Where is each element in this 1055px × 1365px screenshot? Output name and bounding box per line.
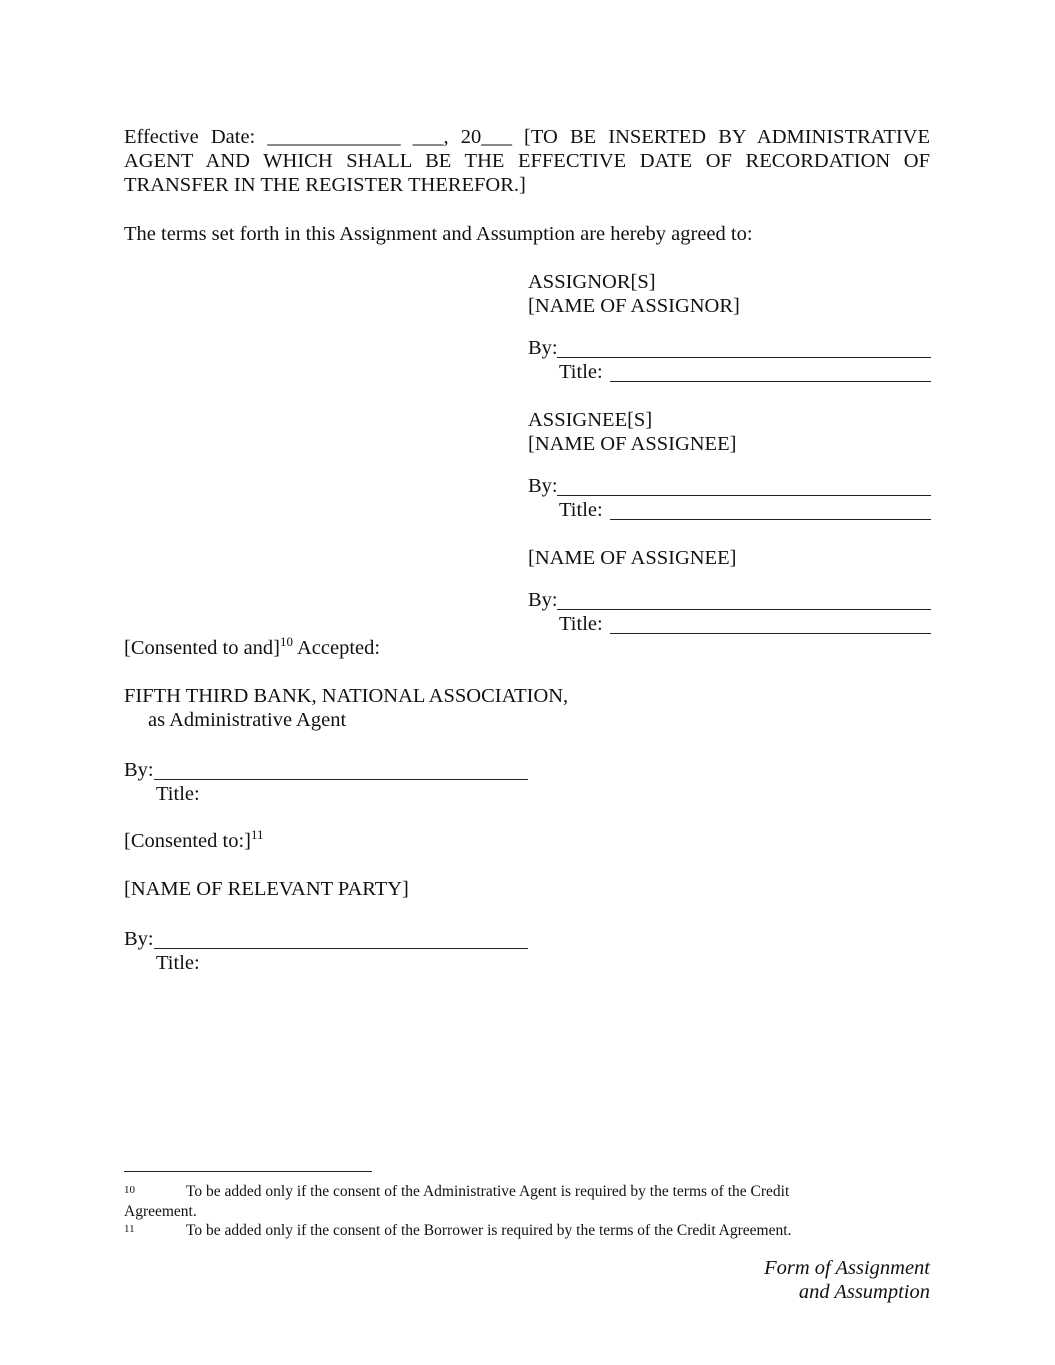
assignee-title-line[interactable]	[610, 519, 931, 520]
effective-date-line-1: Effective Date: _____________ ___, 20___…	[124, 125, 930, 149]
admin-agent-title-label: Title:	[156, 782, 200, 806]
relevant-party-consent-prefix: [Consented to:]	[124, 830, 251, 852]
admin-agent-by-label: By:	[124, 758, 154, 782]
page-footer-line-1: Form of Assignment	[764, 1256, 930, 1280]
assignee-by-label: By:	[528, 474, 558, 498]
admin-agent-signature-line[interactable]	[154, 779, 528, 780]
assignor-heading: ASSIGNOR[S]	[528, 270, 656, 294]
assignor-name: [NAME OF ASSIGNOR]	[528, 294, 740, 318]
page-footer: Form of Assignment and Assumption	[764, 1256, 930, 1304]
relevant-party-title-label: Title:	[156, 951, 200, 975]
assignee2-name: [NAME OF ASSIGNEE]	[528, 546, 736, 570]
admin-agent-consent-suffix: Accepted:	[293, 637, 380, 659]
relevant-party-consent: [Consented to:]11	[124, 829, 264, 853]
effective-date-paragraph: Effective Date: _____________ ___, 20___…	[124, 125, 930, 197]
assignor-by-label: By:	[528, 336, 558, 360]
footnote-11-text: To be added only if the consent of the B…	[186, 1221, 791, 1241]
page-footer-line-2: and Assumption	[764, 1280, 930, 1304]
assignee-title-label: Title:	[559, 498, 603, 522]
footnote-10-number: 10	[124, 1184, 135, 1196]
effective-date-line-2: AGENT AND WHICH SHALL BE THE EFFECTIVE D…	[124, 149, 930, 173]
relevant-party-by-label: By:	[124, 927, 154, 951]
agreement-statement: The terms set forth in this Assignment a…	[124, 222, 753, 246]
footnote-10-text-line-1: To be added only if the consent of the A…	[186, 1182, 789, 1202]
footnote-ref-11[interactable]: 11	[251, 827, 264, 842]
assignor-title-line[interactable]	[610, 381, 931, 382]
assignee-signature-line[interactable]	[557, 495, 931, 496]
relevant-party-signature-line[interactable]	[154, 948, 528, 949]
assignee2-signature-line[interactable]	[557, 609, 931, 610]
admin-agent-bank-name: FIFTH THIRD BANK, NATIONAL ASSOCIATION,	[124, 684, 568, 708]
assignee2-by-label: By:	[528, 588, 558, 612]
assignee-heading: ASSIGNEE[S]	[528, 408, 652, 432]
effective-date-line-3: TRANSFER IN THE REGISTER THEREFOR.]	[124, 173, 930, 197]
assignee2-title-line[interactable]	[610, 633, 931, 634]
footnote-11-number: 11	[124, 1223, 135, 1235]
relevant-party-name: [NAME OF RELEVANT PARTY]	[124, 877, 409, 901]
admin-agent-role: as Administrative Agent	[148, 708, 346, 732]
admin-agent-consent-prefix: [Consented to and]	[124, 637, 280, 659]
footnote-separator	[124, 1171, 372, 1172]
footnote-10-text-line-2: Agreement.	[124, 1202, 197, 1222]
footnote-ref-10[interactable]: 10	[280, 634, 293, 649]
assignee-name: [NAME OF ASSIGNEE]	[528, 432, 736, 456]
admin-agent-consent: [Consented to and]10 Accepted:	[124, 636, 380, 660]
assignor-title-label: Title:	[559, 360, 603, 384]
assignor-signature-line[interactable]	[557, 357, 931, 358]
assignee2-title-label: Title:	[559, 612, 603, 636]
